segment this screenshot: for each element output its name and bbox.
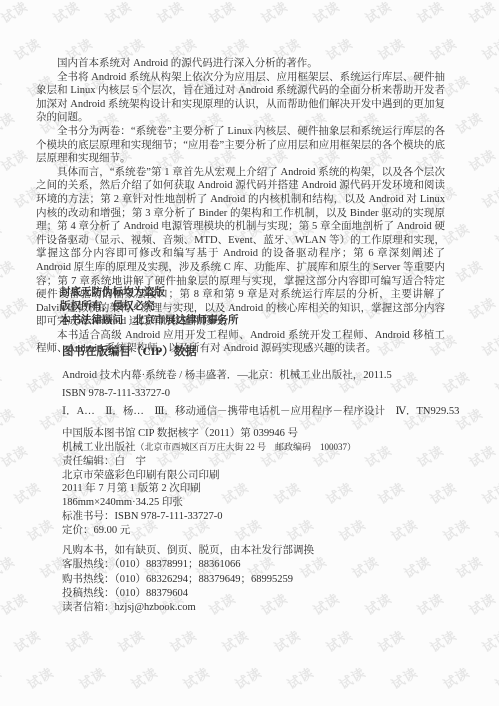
publication-line: 北京市荣盛彩色印刷有限公司印刷 bbox=[62, 469, 356, 483]
copyright-notice: 封底无防伪标均为盗版 版权所有，侵权必究 本书法律顾问 北京市展达律师事务所 bbox=[60, 286, 239, 329]
service-line: 读者信箱：hzjsj@hzbook.com bbox=[62, 601, 314, 615]
publisher-address: （北京市西城区百万庄大街 22 号 邮政编码 100037） bbox=[136, 442, 357, 452]
service-line: 客服热线：（010）88378991；88361066 bbox=[62, 558, 314, 572]
cip-book-line: Android 技术内幕·系统卷 / 杨丰盛著．—北京：机械工业出版社，2011… bbox=[62, 367, 392, 382]
publication-line: 标准书号：ISBN 978-7-111-33727-0 bbox=[62, 510, 356, 524]
cip-classification-line: Ⅰ．A… Ⅱ．杨… Ⅲ．移动通信－携带电话机－应用程序－程序设计 Ⅳ．TN929… bbox=[62, 403, 459, 418]
document-page: 国内首本系统对 Android 的源代码进行深入分析的著作。 全书将 Andro… bbox=[0, 0, 499, 706]
service-line: 购书热线：（010）68326294；88379649；68995259 bbox=[62, 573, 314, 587]
intro-paragraph: 国内首本系统对 Android 的源代码进行深入分析的著作。 bbox=[36, 57, 445, 71]
cip-heading: 图书在版编目（CIP）数据 bbox=[62, 343, 197, 359]
publication-info: 机械工业出版社（北京市西城区百万庄大街 22 号 邮政编码 100037） 责任… bbox=[62, 441, 356, 538]
notice-line: 封底无防伪标均为盗版 bbox=[60, 286, 239, 300]
publication-line: 2011 年 7 月第 1 版第 2 次印刷 bbox=[62, 482, 356, 496]
publication-line: 186mm×240mm·34.25 印张 bbox=[62, 496, 356, 510]
publisher-line: 机械工业出版社（北京市西城区百万庄大街 22 号 邮政编码 100037） bbox=[62, 441, 356, 455]
intro-paragraph: 全书将 Android 系统从构架上依次分为应用层、应用框架层、系统运行库层、硬… bbox=[36, 71, 445, 125]
service-info: 凡购本书，如有缺页、倒页、脱页，由本社发行部调换 客服热线：（010）88378… bbox=[62, 544, 314, 615]
publication-line: 责任编辑：白 宇 bbox=[62, 455, 356, 469]
cip-isbn-line: ISBN 978-7-111-33727-0 bbox=[62, 388, 170, 399]
notice-line: 版权所有，侵权必究 bbox=[60, 300, 239, 314]
service-line: 凡购本书，如有缺页、倒页、脱页，由本社发行部调换 bbox=[62, 544, 314, 558]
notice-line: 本书法律顾问 北京市展达律师事务所 bbox=[60, 314, 239, 328]
service-line: 投稿热线：（010）88379604 bbox=[62, 587, 314, 601]
cip-record-line: 中国版本图书馆 CIP 数据核字（2011）第 039946 号 bbox=[62, 425, 298, 440]
intro-paragraph: 全书分为两卷：“系统卷”主要分析了 Linux 内核层、硬件抽象层和系统运行库层… bbox=[36, 125, 445, 166]
publisher-name: 机械工业出版社 bbox=[62, 442, 136, 453]
publication-line: 定价：69.00 元 bbox=[62, 524, 356, 538]
